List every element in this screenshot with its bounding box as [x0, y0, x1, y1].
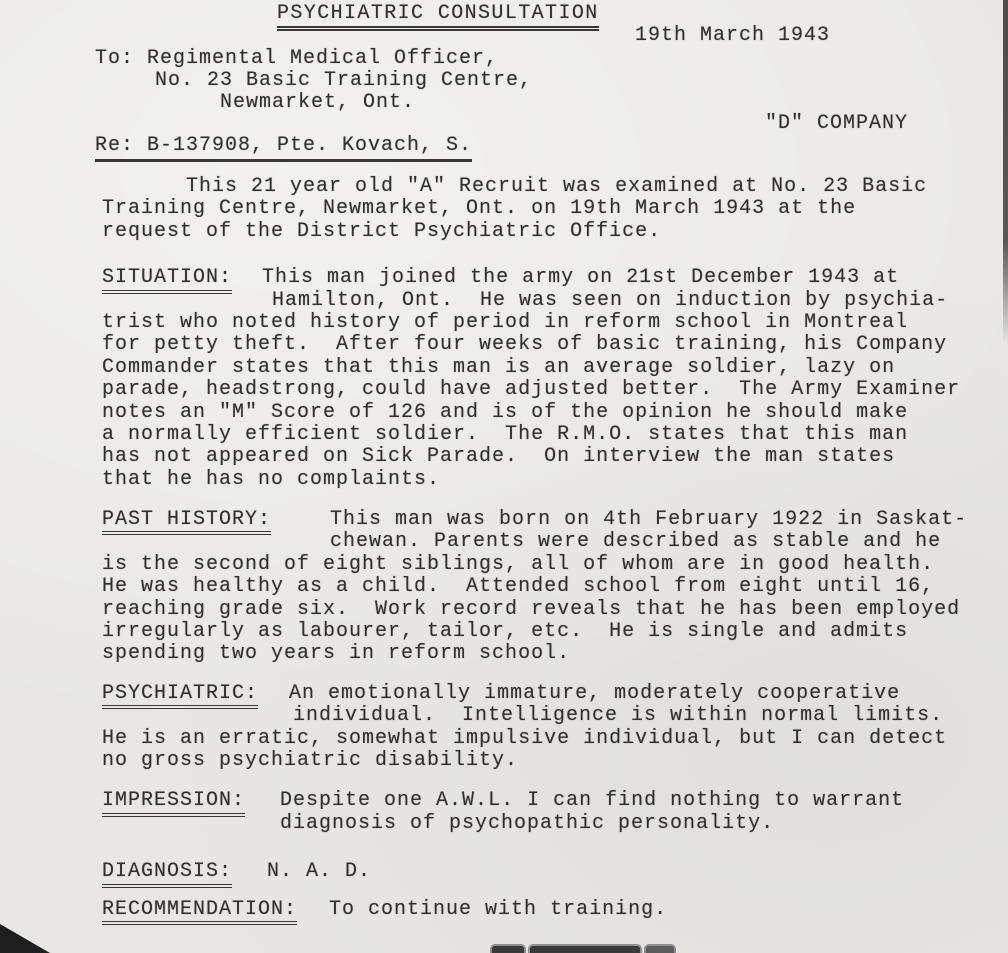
doc-line: notes an "M" Score of 126 and is of the …	[102, 402, 1002, 424]
doc-line-text: To continue with training.	[329, 898, 667, 921]
section-heading-impression: IMPRESSION:	[102, 790, 245, 816]
doc-line: Hamilton, Ont. He was seen on induction …	[102, 290, 1002, 312]
section-heading-situation: SITUATION:	[102, 267, 232, 293]
section-diagnosis: DIAGNOSIS:N. A. D.	[102, 861, 1002, 883]
scan-edge-artifact	[1003, 0, 1008, 345]
section-psychiatric: PSYCHIATRIC:An emotionally immature, mod…	[102, 683, 1002, 773]
scan-binder-tab	[528, 944, 642, 953]
intro-paragraph: This 21 year old "A" Recruit was examine…	[102, 176, 1002, 243]
subject-line: Re: B-137908, Pte. Kovach, S.	[95, 134, 472, 157]
section-past-history: PAST HISTORY:This man was born on 4th Fe…	[102, 509, 1002, 666]
section-recommendation: RECOMMENDATION:To continue with training…	[102, 899, 1002, 921]
doc-line-text: Despite one A.W.L. I can find nothing to…	[280, 789, 904, 812]
section-situation: SITUATION:This man joined the army on 21…	[102, 267, 1002, 491]
document-date: 19th March 1943	[635, 24, 830, 47]
doc-line: PAST HISTORY:This man was born on 4th Fe…	[102, 509, 1002, 531]
doc-line: irregularly as labourer, tailor, etc. He…	[102, 621, 1002, 643]
document-title: PSYCHIATRIC CONSULTATION	[277, 2, 599, 31]
doc-line: PSYCHIATRIC:An emotionally immature, mod…	[102, 683, 1002, 705]
company-label: "D" COMPANY	[765, 112, 908, 135]
doc-line-text: This man was born on 4th February 1922 i…	[330, 508, 967, 531]
scan-binder-tab	[490, 944, 526, 953]
doc-line: SITUATION:This man joined the army on 21…	[102, 267, 1002, 289]
doc-line: that he has no complaints.	[102, 469, 1002, 491]
doc-line-text: N. A. D.	[267, 860, 371, 883]
doc-line: has not appeared on Sick Parade. On inte…	[102, 446, 1002, 468]
doc-line: no gross psychiatric disability.	[102, 750, 1002, 772]
doc-line: He was healthy as a child. Attended scho…	[102, 576, 1002, 598]
doc-line: Training Centre, Newmarket, Ont. on 19th…	[102, 198, 1002, 220]
doc-line: reaching grade six. Work record reveals …	[102, 599, 1002, 621]
address-line-recipient: To: Regimental Medical Officer,	[95, 47, 498, 70]
doc-line: is the second of eight siblings, all of …	[102, 554, 1002, 576]
scan-corner-artifact	[0, 924, 50, 953]
doc-line: trist who noted history of period in ref…	[102, 312, 1002, 334]
doc-line: Commander states that this man is an ave…	[102, 357, 1002, 379]
document-body: This 21 year old "A" Recruit was examine…	[102, 176, 1002, 921]
scan-binder-tab	[644, 944, 676, 953]
doc-line-text: This man joined the army on 21st Decembe…	[262, 266, 899, 289]
doc-line: He is an erratic, somewhat impulsive ind…	[102, 728, 1002, 750]
doc-line: This 21 year old "A" Recruit was examine…	[102, 176, 1002, 198]
section-impression: IMPRESSION:Despite one A.W.L. I can find…	[102, 790, 1002, 835]
doc-line: parade, headstrong, could have adjusted …	[102, 379, 1002, 401]
doc-line-text: An emotionally immature, moderately coop…	[289, 682, 900, 705]
doc-line: request of the District Psychiatric Offi…	[102, 221, 1002, 243]
doc-line: IMPRESSION:Despite one A.W.L. I can find…	[102, 790, 1002, 812]
doc-line: RECOMMENDATION:To continue with training…	[102, 899, 1002, 921]
section-heading-past-history: PAST HISTORY:	[102, 509, 271, 535]
scanned-document-page: PSYCHIATRIC CONSULTATION 19th March 1943…	[0, 0, 1008, 953]
doc-line: DIAGNOSIS:N. A. D.	[102, 861, 1002, 883]
address-line-location: Newmarket, Ont.	[220, 91, 415, 114]
doc-line: for petty theft. After four weeks of bas…	[102, 334, 1002, 356]
address-line-unit: No. 23 Basic Training Centre,	[155, 69, 532, 92]
doc-line: spending two years in reform school.	[102, 643, 1002, 665]
subject-line-text: Re: B-137908, Pte. Kovach, S.	[95, 134, 472, 162]
doc-line: a normally efficient soldier. The R.M.O.…	[102, 424, 1002, 446]
section-heading-recommendation: RECOMMENDATION:	[102, 899, 297, 925]
section-heading-diagnosis: DIAGNOSIS:	[102, 861, 232, 887]
section-heading-psychiatric: PSYCHIATRIC:	[102, 683, 258, 709]
